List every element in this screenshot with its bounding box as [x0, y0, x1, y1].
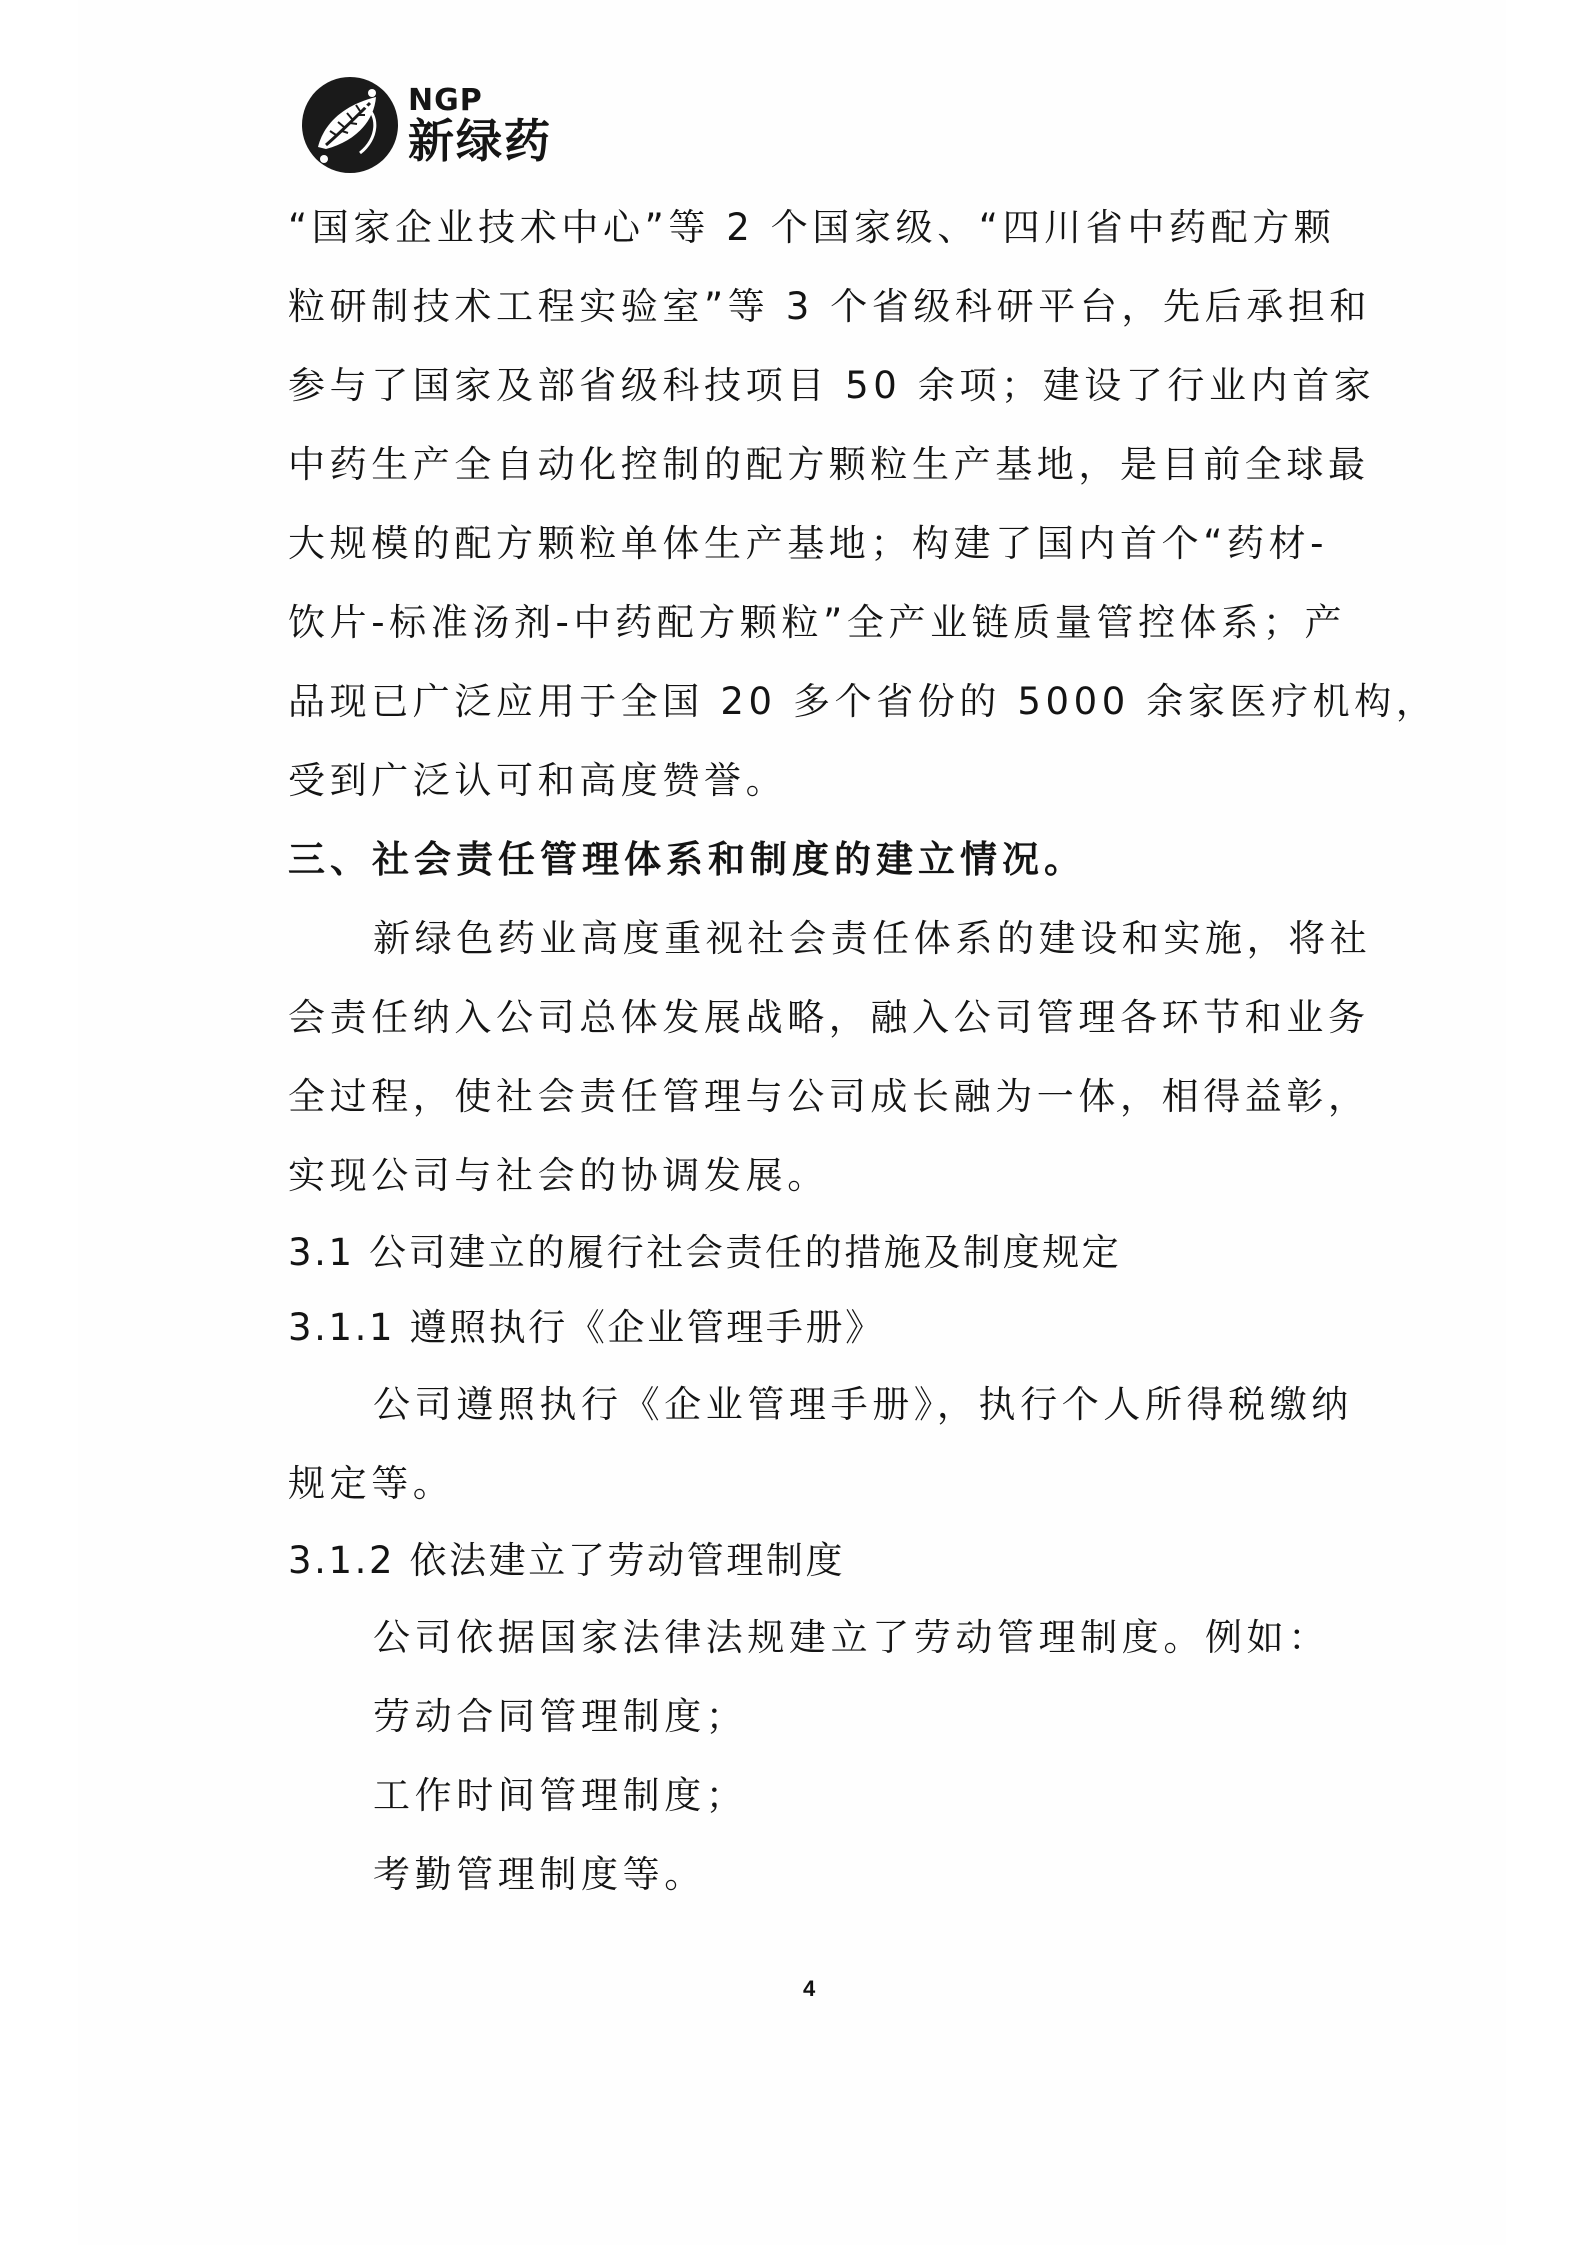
document-body: “国家企业技术中心”等 2 个国家级、“四川省中药配方颗 粒研制技术工程实验室”…: [288, 188, 1328, 1914]
text-line: 公司遵照执行《企业管理手册》，执行个人所得税缴纳: [288, 1365, 1328, 1444]
text-line: 实现公司与社会的协调发展。: [288, 1136, 1328, 1215]
page-number: 4: [803, 1976, 815, 2002]
list-item: 工作时间管理制度；: [288, 1756, 1328, 1835]
company-logo: NGP 新绿药: [300, 75, 552, 175]
paragraph-section-3: 新绿色药业高度重视社会责任体系的建设和实施，将社 会责任纳入公司总体发展战略，融…: [288, 899, 1328, 1215]
logo-text: NGP 新绿药: [408, 86, 552, 164]
text-line: 粒研制技术工程实验室”等 3 个省级科研平台，先后承担和: [288, 267, 1328, 346]
subsection-heading-3-1: 3.1 公司建立的履行社会责任的措施及制度规定: [288, 1215, 1328, 1290]
logo-brand-cn: 新绿药: [408, 118, 552, 164]
paragraph-company-overview: “国家企业技术中心”等 2 个国家级、“四川省中药配方颗 粒研制技术工程实验室”…: [288, 188, 1328, 820]
text-line: 新绿色药业高度重视社会责任体系的建设和实施，将社: [288, 899, 1328, 978]
text-line: 品现已广泛应用于全国 20 多个省份的 5000 余家医疗机构，: [288, 662, 1328, 741]
logo-brand-en: NGP: [408, 86, 552, 116]
text-line: 全过程，使社会责任管理与公司成长融为一体，相得益彰，: [288, 1057, 1328, 1136]
paragraph-3-1-1: 公司遵照执行《企业管理手册》，执行个人所得税缴纳 规定等。: [288, 1365, 1328, 1523]
subsection-heading-3-1-2: 3.1.2 依法建立了劳动管理制度: [288, 1523, 1328, 1598]
list-item: 考勤管理制度等。: [288, 1835, 1328, 1914]
text-line: 公司依据国家法律法规建立了劳动管理制度。例如：: [288, 1598, 1328, 1677]
text-line: 饮片-标准汤剂-中药配方颗粒”全产业链质量管控体系；产: [288, 583, 1328, 662]
text-line: 会责任纳入公司总体发展战略，融入公司管理各环节和业务: [288, 978, 1328, 1057]
text-line: 中药生产全自动化控制的配方颗粒生产基地，是目前全球最: [288, 425, 1328, 504]
list-item: 劳动合同管理制度；: [288, 1677, 1328, 1756]
text-line: 参与了国家及部省级科技项目 50 余项；建设了行业内首家: [288, 346, 1328, 425]
text-line: 规定等。: [288, 1444, 1328, 1523]
text-line: 受到广泛认可和高度赞誉。: [288, 741, 1328, 820]
text-line: “国家企业技术中心”等 2 个国家级、“四川省中药配方颗: [288, 188, 1328, 267]
text-line: 大规模的配方颗粒单体生产基地；构建了国内首个“药材-: [288, 504, 1328, 583]
paragraph-3-1-2: 公司依据国家法律法规建立了劳动管理制度。例如： 劳动合同管理制度； 工作时间管理…: [288, 1598, 1328, 1914]
subsection-heading-3-1-1: 3.1.1 遵照执行《企业管理手册》: [288, 1290, 1328, 1365]
leaf-in-circle-icon: [300, 75, 400, 175]
section-heading-3: 三、社会责任管理体系和制度的建立情况。: [288, 820, 1328, 899]
